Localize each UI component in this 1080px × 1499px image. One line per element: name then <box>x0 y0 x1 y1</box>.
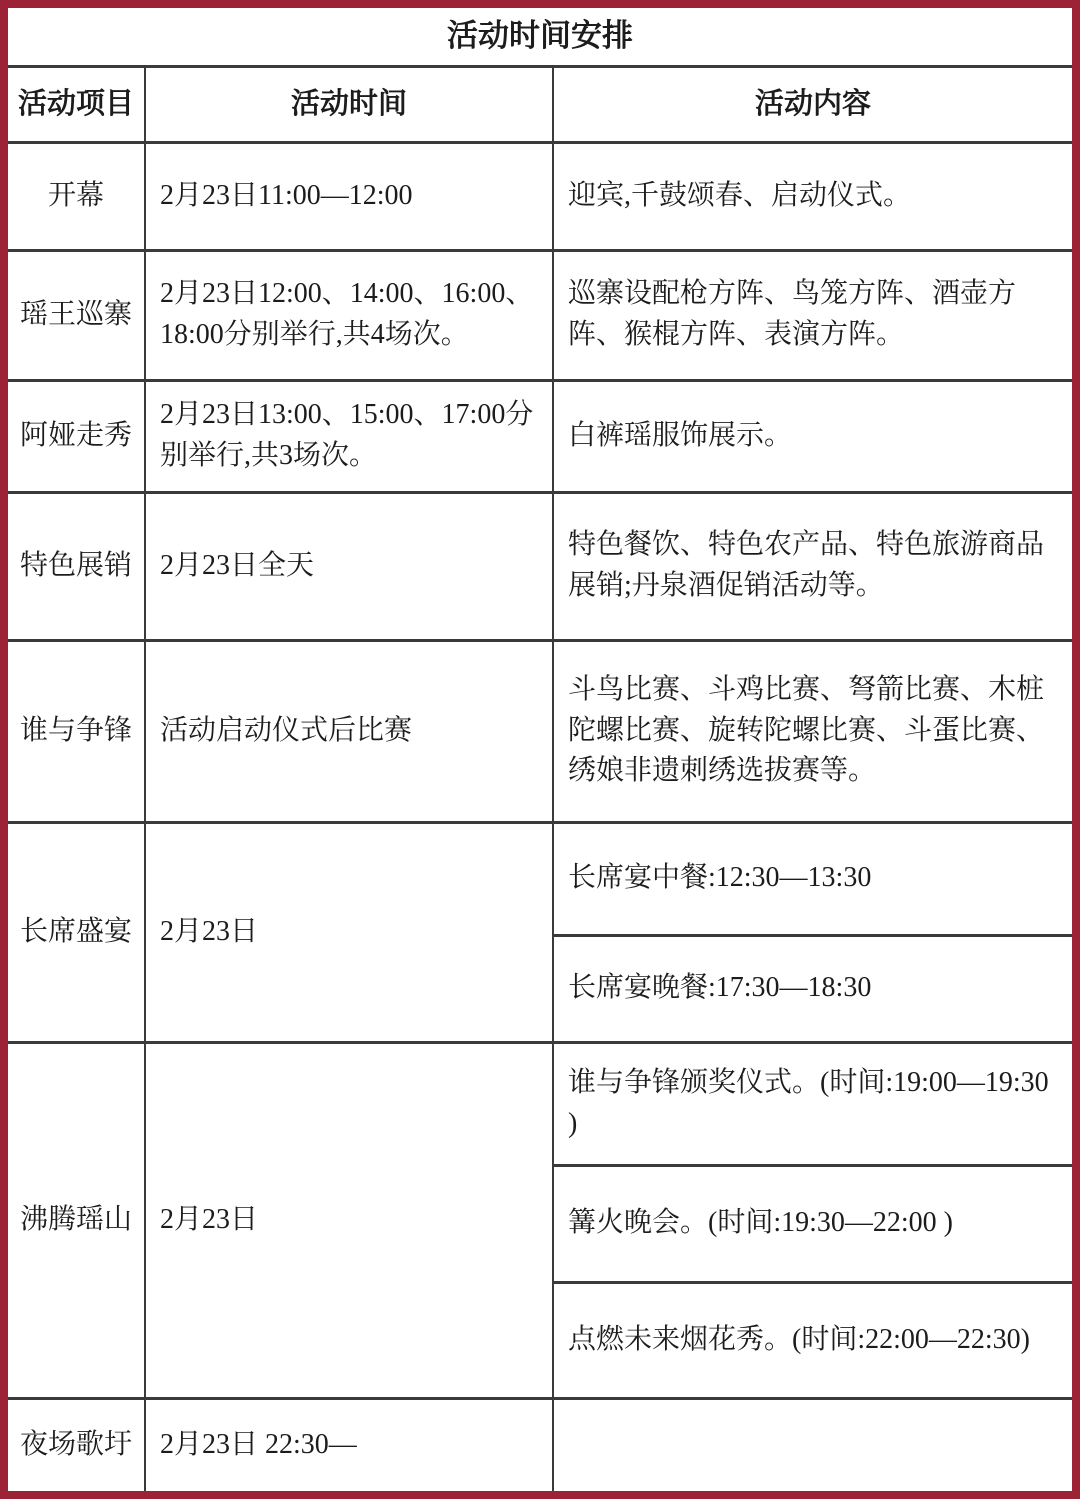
table-row-changxi-shengyan: 长席盛宴 2月23日 长席宴中餐:12:30—13:30 <box>8 822 1072 935</box>
activity-time: 2月23日全天 <box>145 492 553 640</box>
activity-time: 2月23日 <box>145 822 553 1042</box>
activity-item: 瑶王巡寨 <box>8 250 145 380</box>
table-row-yaowang-xunzhai: 瑶王巡寨 2月23日12:00、14:00、16:00、18:00分别举行,共4… <box>8 250 1072 380</box>
activity-content: 迎宾,千鼓颂春、启动仪式。 <box>553 142 1072 250</box>
activity-content-sub: 长席宴中餐:12:30—13:30 <box>553 822 1072 935</box>
activity-time: 活动启动仪式后比赛 <box>145 640 553 822</box>
activity-item: 特色展销 <box>8 492 145 640</box>
activity-content: 特色餐饮、特色农产品、特色旅游商品展销;丹泉酒促销活动等。 <box>553 492 1072 640</box>
activity-item: 谁与争锋 <box>8 640 145 822</box>
column-header-content: 活动内容 <box>553 66 1072 142</box>
activity-time: 2月23日 <box>145 1042 553 1398</box>
activity-item: 夜场歌圩 <box>8 1398 145 1491</box>
activity-content <box>553 1398 1072 1491</box>
table-row-yechang-gexu: 夜场歌圩 2月23日 22:30— <box>8 1398 1072 1491</box>
activity-time: 2月23日12:00、14:00、16:00、18:00分别举行,共4场次。 <box>145 250 553 380</box>
activity-item: 长席盛宴 <box>8 822 145 1042</box>
activity-content-sub: 长席宴晚餐:17:30—18:30 <box>553 935 1072 1042</box>
activity-time: 2月23日13:00、15:00、17:00分别举行,共3场次。 <box>145 380 553 492</box>
activity-content: 巡寨设配枪方阵、鸟笼方阵、酒壶方阵、猴棍方阵、表演方阵。 <box>553 250 1072 380</box>
table-row-feiteng-yaoshan: 沸腾瑶山 2月23日 谁与争锋颁奖仪式。(时间:19:00—19:30 ) <box>8 1042 1072 1165</box>
table-row-kaimu: 开幕 2月23日11:00—12:00 迎宾,千鼓颂春、启动仪式。 <box>8 142 1072 250</box>
activity-time: 2月23日11:00—12:00 <box>145 142 553 250</box>
activity-content-sub: 谁与争锋颁奖仪式。(时间:19:00—19:30 ) <box>553 1042 1072 1165</box>
activity-item: 沸腾瑶山 <box>8 1042 145 1398</box>
activity-content: 白裤瑶服饰展示。 <box>553 380 1072 492</box>
table-title: 活动时间安排 <box>8 8 1072 66</box>
schedule-page: 活动时间安排 活动项目 活动时间 活动内容 开幕 2月23日11:00—12:0… <box>0 0 1080 1499</box>
table-title-row: 活动时间安排 <box>8 8 1072 66</box>
schedule-table: 活动时间安排 活动项目 活动时间 活动内容 开幕 2月23日11:00—12:0… <box>8 8 1072 1491</box>
table-row-tese-zhanxiao: 特色展销 2月23日全天 特色餐饮、特色农产品、特色旅游商品展销;丹泉酒促销活动… <box>8 492 1072 640</box>
column-header-time: 活动时间 <box>145 66 553 142</box>
activity-content-sub: 点燃未来烟花秀。(时间:22:00—22:30) <box>553 1282 1072 1398</box>
activity-item: 开幕 <box>8 142 145 250</box>
column-header-item: 活动项目 <box>8 66 145 142</box>
table-row-aya-zouxiu: 阿娅走秀 2月23日13:00、15:00、17:00分别举行,共3场次。 白裤… <box>8 380 1072 492</box>
activity-content: 斗鸟比赛、斗鸡比赛、弩箭比赛、木桩陀螺比赛、旋转陀螺比赛、斗蛋比赛、绣娘非遗刺绣… <box>553 640 1072 822</box>
activity-content-sub: 篝火晚会。(时间:19:30—22:00 ) <box>553 1165 1072 1282</box>
table-row-sheiyu-zhengfeng: 谁与争锋 活动启动仪式后比赛 斗鸟比赛、斗鸡比赛、弩箭比赛、木桩陀螺比赛、旋转陀… <box>8 640 1072 822</box>
activity-time: 2月23日 22:30— <box>145 1398 553 1491</box>
table-header-row: 活动项目 活动时间 活动内容 <box>8 66 1072 142</box>
activity-item: 阿娅走秀 <box>8 380 145 492</box>
